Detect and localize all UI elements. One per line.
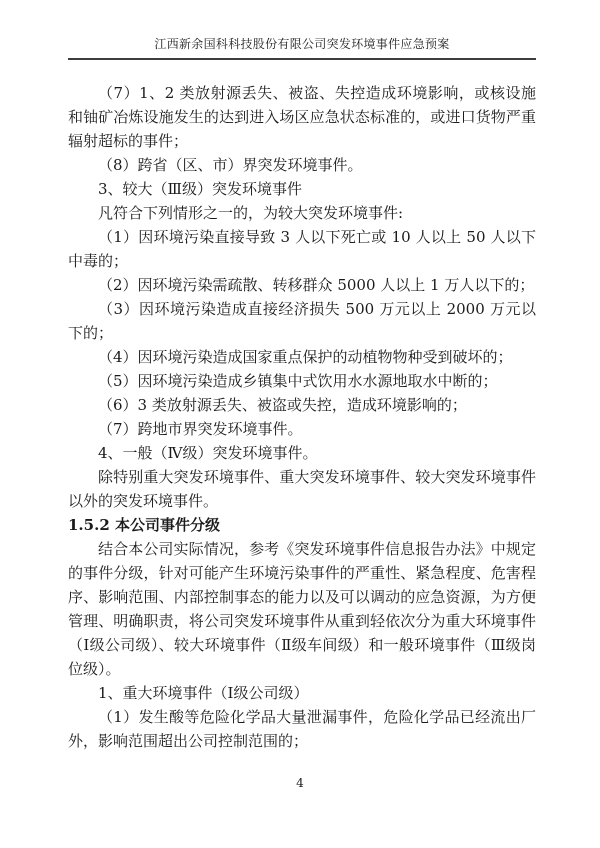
paragraph: 除特别重大突发环境事件、重大突发环境事件、较大突发环境事件以外的突发环境事件。 [68,465,536,513]
paragraph: （3）因环境污染造成直接经济损失 500 万元以上 2000 万元以下的； [68,297,536,345]
paragraph: 1、重大环境事件（Ⅰ级公司级） [68,681,536,705]
paragraph: （7）跨地市界突发环境事件。 [68,417,536,441]
paragraph: （2）因环境污染需疏散、转移群众 5000 人以上 1 万人以下的； [68,273,536,297]
page-footer: 4 [0,775,600,791]
header-title: 江西新余国科科技股份有限公司突发环境事件应急预案 [154,37,449,51]
paragraph: 结合本公司实际情况，参考《突发环境事件信息报告办法》中规定的事件分级，针对可能产… [68,537,536,681]
section-heading: 1.5.2 本公司事件分级 [68,513,536,537]
paragraph: （7）1、2 类放射源丢失、被盗、失控造成环境影响，或核设施和铀矿冶炼设施发生的… [68,81,536,153]
paragraph: 4、一般（Ⅳ级）突发环境事件。 [68,441,536,465]
paragraph: （5）因环境污染造成乡镇集中式饮用水水源地取水中断的； [68,369,536,393]
paragraph: （6）3 类放射源丢失、被盗或失控，造成环境影响的； [68,393,536,417]
paragraph: （8）跨省（区、市）界突发环境事件。 [68,153,536,177]
paragraph: 凡符合下列情形之一的，为较大突发环境事件: [68,201,536,225]
document-page: 江西新余国科科技股份有限公司突发环境事件应急预案 （7）1、2 类放射源丢失、被… [0,0,600,848]
paragraph: （1）因环境污染直接导致 3 人以下死亡或 10 人以上 50 人以下中毒的； [68,225,536,273]
paragraph: 3、较大（Ⅲ级）突发环境事件 [68,177,536,201]
page-number: 4 [296,776,304,790]
document-body: （7）1、2 类放射源丢失、被盗、失控造成环境影响，或核设施和铀矿冶炼设施发生的… [68,81,536,753]
page-header: 江西新余国科科技股份有限公司突发环境事件应急预案 [68,36,536,60]
paragraph: （1）发生酸等危险化学品大量泄漏事件，危险化学品已经流出厂外，影响范围超出公司控… [68,705,536,753]
paragraph: （4）因环境污染造成国家重点保护的动植物物种受到破坏的； [68,345,536,369]
